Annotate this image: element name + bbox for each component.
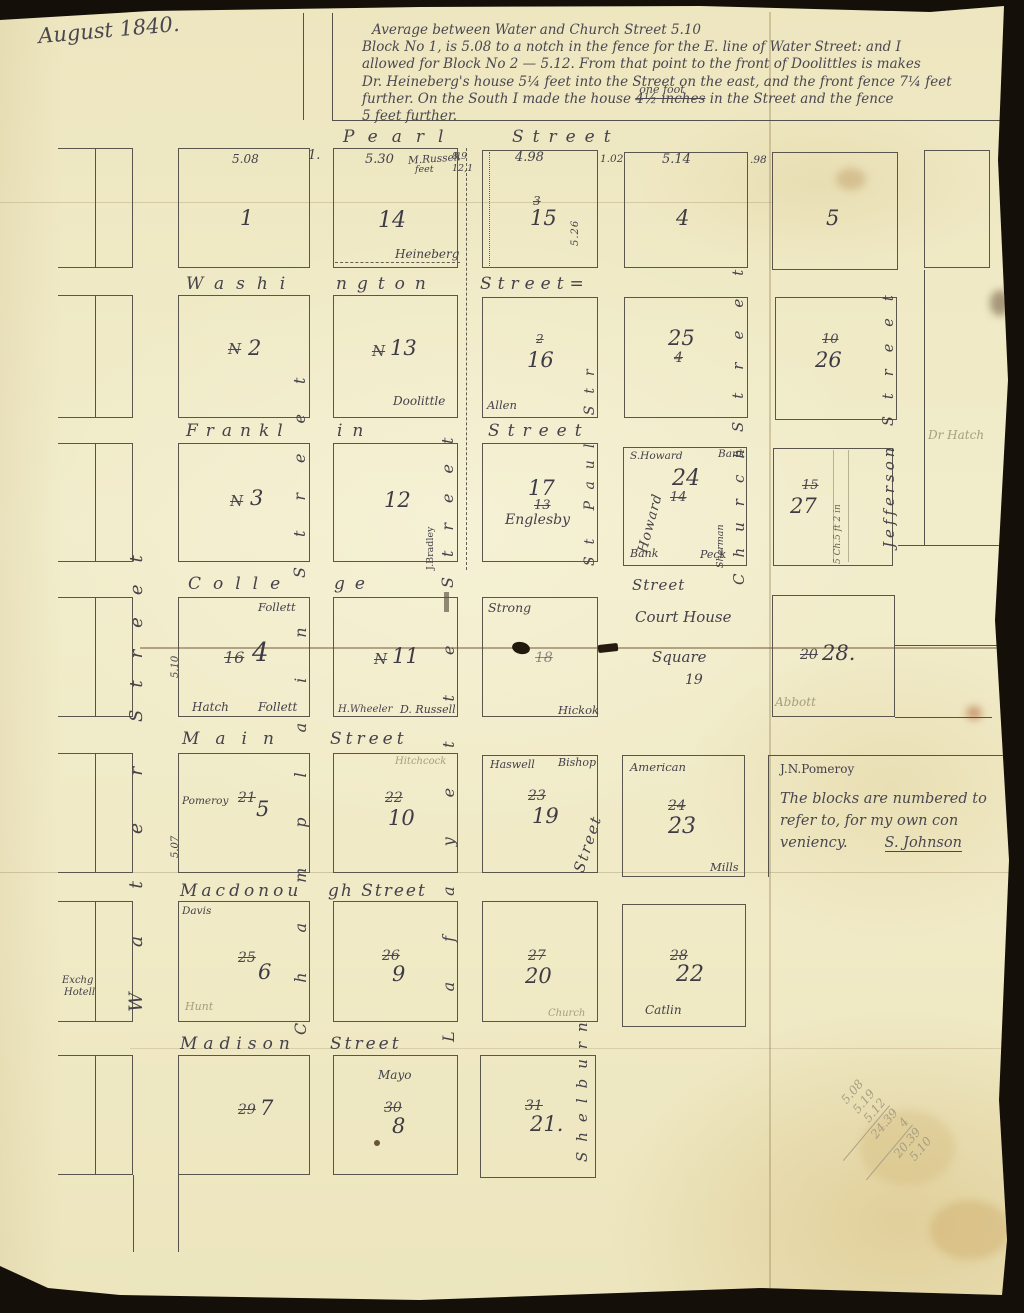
- block-26-old-number: 10: [822, 332, 839, 347]
- owner-label-allen: Allen: [487, 398, 517, 412]
- stain: [990, 290, 1010, 316]
- block-12-number: 12: [384, 488, 411, 512]
- signature-s-johnson: S. Johnson: [885, 835, 962, 852]
- owner-label-bishop: Bishop: [558, 756, 596, 769]
- street-label-lafayette: Lafayette: [439, 606, 459, 1042]
- water-street-line: [178, 1175, 179, 1252]
- owner-label-strong: Strong: [488, 600, 531, 615]
- block-6-number: 6: [258, 960, 271, 984]
- owner-label-bank: Bank: [718, 448, 745, 460]
- dashed-survey-line: [335, 262, 460, 263]
- exchange-hotel-label: Exchg: [62, 975, 93, 986]
- block-18-old-number: 18: [535, 650, 553, 666]
- street-label-main-street: Street: [330, 729, 408, 749]
- note-inserted-text: one foot: [639, 81, 684, 98]
- street-label-macdonough: Macdonou: [180, 881, 302, 901]
- street-label-main: Main: [182, 729, 290, 749]
- block-20-old-number: 27: [528, 948, 546, 964]
- survey-mark: 8,9: [452, 151, 467, 162]
- block-1-number: 1: [240, 206, 253, 230]
- note-text: veniency.: [780, 835, 848, 851]
- block-line: [95, 443, 96, 562]
- block-5-main-measure: 5.07: [166, 836, 186, 858]
- numbering-note: J.N.Pomeroy The blocks are numbered to r…: [780, 762, 1010, 854]
- street-label-champlain: Champlain: [291, 587, 311, 1035]
- block-19-number: 19: [532, 804, 559, 828]
- gap-measure: .98: [750, 154, 767, 166]
- block-line: [95, 1055, 96, 1175]
- block-2-number: 2: [248, 336, 261, 360]
- street-label-college-street: Street: [632, 576, 685, 594]
- block-17-number: 17: [528, 476, 555, 500]
- block-27-old-number: 15: [802, 478, 819, 493]
- block-line: [95, 753, 96, 873]
- block-15-number: 15: [530, 206, 557, 230]
- street-label-madison: Madison: [180, 1034, 296, 1054]
- owner-label-hatch: Hatch: [192, 700, 229, 714]
- pencil-line: [848, 450, 849, 562]
- vertical-fold-crease: [769, 12, 771, 1292]
- owner-label-follett: Follett: [258, 700, 297, 714]
- owner-label-russell-feet: feet: [415, 164, 434, 175]
- owner-label-doolittle: Doolittle: [393, 394, 445, 408]
- block-23-old-number: 24: [668, 798, 686, 814]
- block-28-number: 28.: [822, 641, 855, 665]
- block-20-number: 20: [525, 964, 552, 988]
- block-line: [95, 148, 96, 268]
- block-28-old-number: 20: [800, 647, 818, 663]
- street-label-franklin: in: [337, 421, 373, 441]
- street-label-jefferson-street: Street: [879, 278, 899, 426]
- block-3-number: 3: [250, 486, 263, 510]
- pencil-note-abbott: Abbott: [775, 695, 816, 709]
- owner-label-catlin: Catlin: [645, 1003, 682, 1017]
- note-line: veniency. S. Johnson: [780, 832, 1010, 854]
- survey-line: [924, 270, 925, 545]
- street-label-college: ge: [334, 574, 375, 594]
- note-text: in the Street and the fence: [705, 91, 893, 107]
- survey-line: [768, 755, 1013, 756]
- paper-sheet: August 1840. Average between Water and C…: [0, 0, 1024, 1313]
- chain-measure-note: 5 Ch.5 ft 2 in: [828, 504, 848, 564]
- owner-label-mills: Mills: [710, 860, 739, 874]
- survey-line: [898, 545, 1008, 546]
- owner-label-haswell: Haswell: [490, 758, 535, 771]
- court-house-square-label: Square: [652, 648, 707, 666]
- pencil-note-dr-hatch: Dr Hatch: [928, 428, 984, 442]
- header-line: [303, 13, 304, 120]
- survey-line: [895, 717, 992, 718]
- owner-label-sherman: Sherman: [711, 524, 731, 568]
- owner-label-bank: Bank: [630, 547, 658, 560]
- street-label-church-street: Street: [728, 247, 748, 432]
- exchange-hotel-label: Hotell: [64, 987, 95, 998]
- block-line: [95, 901, 96, 1022]
- block-27-number: 27: [790, 494, 817, 518]
- block-19-old-number: 23: [528, 788, 546, 804]
- surveyor-note: Average between Water and Church Street …: [362, 22, 1022, 125]
- block-10-number: 10: [388, 806, 415, 830]
- note-line: The blocks are numbered to: [780, 788, 1010, 810]
- court-house-label: Court House: [635, 608, 731, 626]
- block-4-college-old-number: 16: [224, 648, 244, 667]
- street-label-washington-street: Street=: [480, 274, 590, 294]
- block-5-main-number: 5: [256, 797, 269, 821]
- block-24-old-number: 14: [670, 490, 687, 505]
- owner-label-russell: D. Russell: [400, 703, 456, 716]
- owner-label-mayo: Mayo: [378, 1068, 411, 1082]
- block-4-measure: 5.14: [662, 152, 691, 167]
- owner-label-wheeler: H.Wheeler: [338, 704, 392, 715]
- block-line: [95, 597, 96, 717]
- block-9-number: 9: [392, 962, 405, 986]
- street-label-shelburn: Shelburn: [572, 1012, 592, 1162]
- header-line: [332, 13, 333, 120]
- owner-label-american: American: [630, 760, 686, 774]
- owner-label-follett: Follett: [258, 600, 296, 614]
- block-7-old-number: 29: [238, 1102, 256, 1118]
- pencil-arithmetic: 5.08 5.19 5.12 24.39 4 20.39 5.10: [809, 1077, 935, 1199]
- street-label-franklin: Frankl: [186, 421, 291, 441]
- street-label-macdonough-street: gh Street: [328, 881, 427, 901]
- owner-label-heineberg: Heineberg: [395, 247, 459, 261]
- note-line: Block No 1, is 5.08 to a notch in the fe…: [362, 39, 1022, 56]
- owner-label-englesby: Englesby: [505, 512, 570, 528]
- block-4-pearl-number: 4: [676, 206, 689, 230]
- block-23-number: 23: [668, 814, 696, 839]
- note-text: further. On the South I made the house: [362, 91, 635, 107]
- map-date: August 1840.: [37, 12, 180, 48]
- court-house-square-number: 19: [685, 672, 703, 688]
- survey-line: [895, 645, 1015, 646]
- owner-label-davis: Davis: [182, 905, 211, 917]
- note-line: allowed for Block No 2 — 5.12. From that…: [362, 56, 1022, 73]
- ink-blot: [1000, 641, 1014, 651]
- block-16-old-number: 2: [536, 332, 544, 346]
- block-8-number: 8: [392, 1114, 405, 1138]
- block-11-number: 11: [392, 644, 419, 668]
- block-22-number: 22: [676, 962, 704, 987]
- block-5-pearl-number: 5: [826, 206, 839, 230]
- block-11-struck-mark: N: [374, 650, 387, 668]
- block-4-college-measure: 5.10: [166, 656, 186, 678]
- street-label-pearl: Pearl: [343, 127, 457, 147]
- ink-blot: [598, 643, 619, 653]
- block-10-old-number: 22: [385, 790, 403, 806]
- block-15-side-measure: 5.26: [566, 220, 586, 246]
- block-line: [95, 295, 96, 418]
- scanned-map: August 1840. Average between Water and C…: [0, 0, 1024, 1313]
- survey-mark: 12,1: [452, 163, 473, 174]
- pencil-note-church: Church: [548, 1008, 585, 1019]
- pencil-note-hunt: Hunt: [185, 1000, 213, 1013]
- block-13-struck-mark: N: [372, 342, 385, 360]
- partial-block-right: [924, 150, 990, 268]
- block-14-number: 14: [378, 208, 406, 233]
- block-7-number: 7: [260, 1096, 273, 1120]
- survey-line: [768, 755, 769, 877]
- block-2-struck-mark: N: [228, 340, 241, 358]
- block-4-college-number: 4: [252, 638, 269, 668]
- block-21-number: 21.: [530, 1112, 563, 1136]
- lot-marker: 1.: [308, 148, 320, 163]
- owner-label-s-howard: S.Howard: [630, 450, 683, 462]
- street-label-washington: ngton: [336, 274, 436, 294]
- note-correction: one foot4½ inches: [635, 91, 705, 107]
- block-15-measure: 4.98: [515, 150, 544, 165]
- block-24-number: 24: [672, 466, 700, 491]
- owner-label-pomeroy: Pomeroy: [182, 795, 228, 807]
- block-25-number: 25: [668, 326, 695, 350]
- stain: [930, 1200, 1010, 1260]
- pencil-note-hitchcock: Hitchcock: [395, 756, 446, 767]
- note-line: 5 feet further.: [362, 108, 1022, 125]
- street-label-st-paul: St Paul Str: [580, 357, 600, 566]
- owner-label-hickok: Hickok: [558, 703, 599, 717]
- block-26-number: 26: [815, 348, 842, 372]
- dotted-survey-line: [489, 152, 490, 266]
- street-label-water: Water: [126, 720, 146, 1012]
- block-25-old-number: 4: [674, 350, 683, 366]
- street-label-pearl-street: Street: [512, 127, 620, 147]
- block-6-old-number: 25: [238, 950, 256, 966]
- owner-label-bradley: J.Bradley: [421, 527, 441, 570]
- note-line: refer to, for my own con: [780, 810, 1010, 832]
- water-street-line: [133, 1175, 134, 1252]
- block-16-number: 16: [527, 348, 554, 372]
- street-label-madison-street: Street: [330, 1034, 402, 1054]
- street-label-champlain-street: Street: [290, 348, 310, 578]
- note-line: Average between Water and Church Street …: [362, 22, 1022, 39]
- street-label-jefferson: Jefferson: [879, 444, 899, 548]
- street-label-lafayette-street: Street: [438, 418, 458, 588]
- dashed-survey-line: [466, 148, 467, 570]
- street-label-college: Colle: [188, 574, 292, 594]
- owner-label-jn-pomeroy: J.N.Pomeroy: [780, 762, 1010, 776]
- block-17-old-number: 13: [534, 498, 551, 513]
- block-1-measure: 5.08: [232, 152, 259, 166]
- note-line: further. On the South I made the house o…: [362, 91, 1022, 108]
- note-line: Dr. Heineberg's house 5¼ feet into the S…: [362, 74, 1022, 91]
- gap-measure: 1.02: [600, 153, 623, 165]
- block-13-number: 13: [390, 336, 417, 360]
- street-label-water-street: Street: [127, 533, 147, 722]
- street-label-franklin-street: Street: [488, 421, 590, 441]
- block-5-main-old-number: 21: [238, 790, 256, 806]
- street-label-washington: Washi: [186, 274, 297, 294]
- block-3-struck-mark: N: [230, 492, 243, 510]
- block-14-measure: 5.30: [365, 152, 394, 167]
